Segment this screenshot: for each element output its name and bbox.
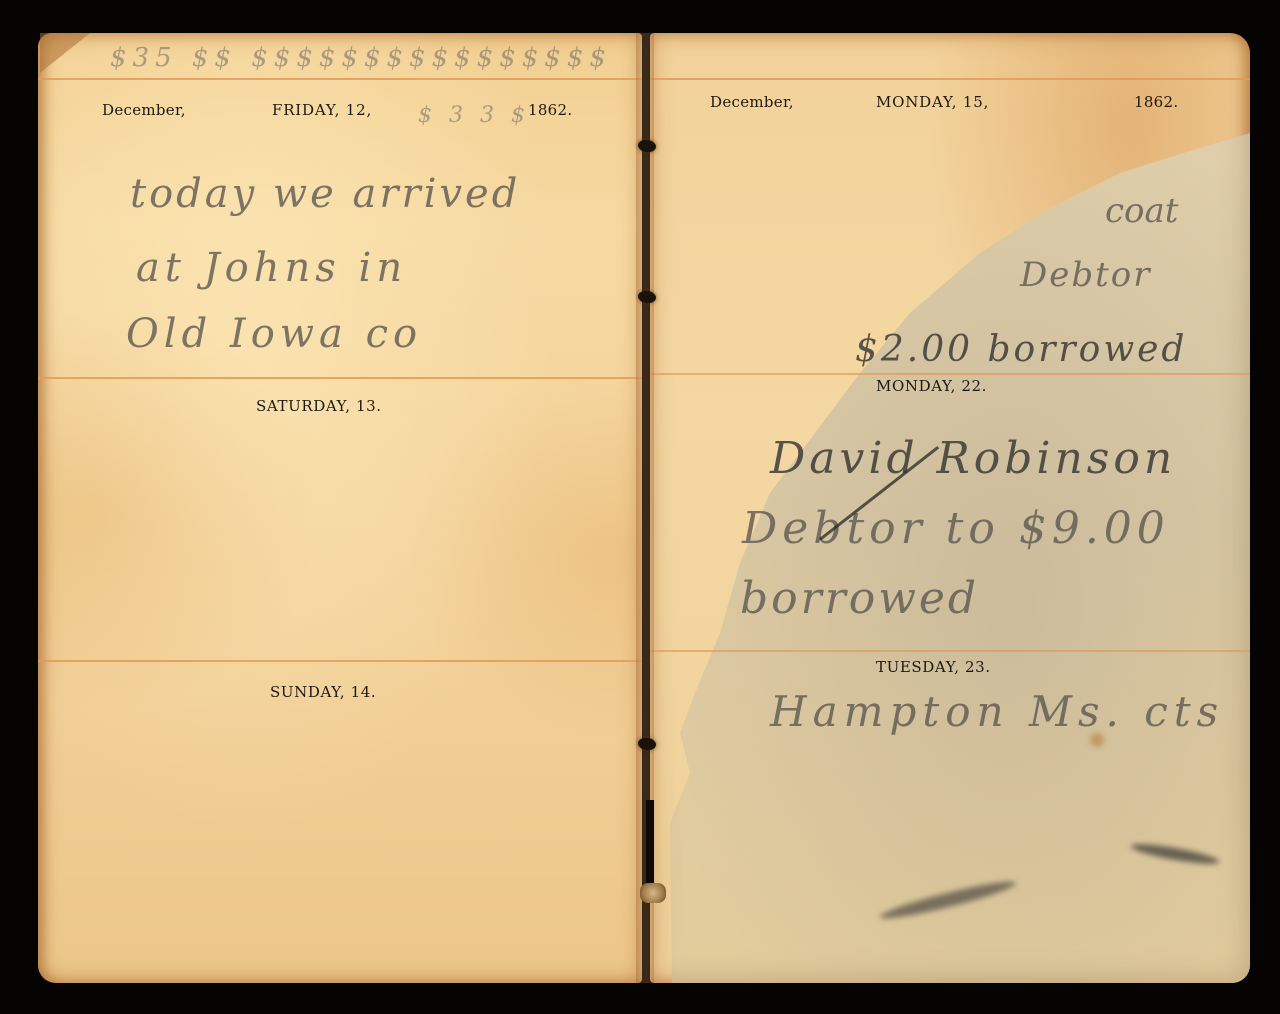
handwriting-line: today we arrived [130,171,520,217]
left-year-header: 1862. [528,101,572,119]
left-month-header: December, [102,101,186,119]
handwriting-line: $2.00 borrowed [855,329,1187,370]
right-month-header: December, [710,93,794,111]
ruled-line [38,78,642,80]
right-day-header: MONDAY, 15, [876,93,989,111]
day-heading-tuesday: TUESDAY, 23. [876,658,991,676]
handwriting-line: Debtor [1020,255,1152,295]
handwriting-line: Old Iowa co [126,311,422,357]
handwriting-line: coat [1105,191,1178,231]
day-heading-monday-22: MONDAY, 22. [876,377,987,395]
left-day-header: FRIDAY, 12, [272,101,372,119]
ruled-line [650,650,1250,652]
folded-corner [40,33,90,73]
right-year-header: 1862. [1134,93,1178,111]
handwriting-line: Debtor to $9.00 [742,503,1170,554]
ruled-line [650,78,1250,80]
day-heading-saturday: SATURDAY, 13. [256,397,382,415]
ruled-line [38,660,642,662]
handwriting-line: Hampton Ms. cts [770,687,1224,736]
left-diary-page: $35 $$ $$$$$$$$$$$$$$$$ December, FRIDAY… [38,33,642,983]
ruled-line [38,377,642,379]
margin-scribbles: $ 3 3 $ [418,103,530,128]
right-diary-page: December, MONDAY, 15, 1862. coat Debtor … [650,33,1250,983]
binding-thread [640,883,666,903]
binding-gap [646,800,654,890]
top-margin-scribbles: $35 $$ $$$$$$$$$$$$$$$$ [110,43,612,73]
handwriting-line: at Johns in [136,245,407,291]
handwriting-line: borrowed [740,573,979,624]
day-heading-sunday: SUNDAY, 14. [270,683,376,701]
stain-spot [1090,733,1104,747]
ruled-line [650,373,1250,375]
handwriting-line: David Robinson [770,433,1176,484]
